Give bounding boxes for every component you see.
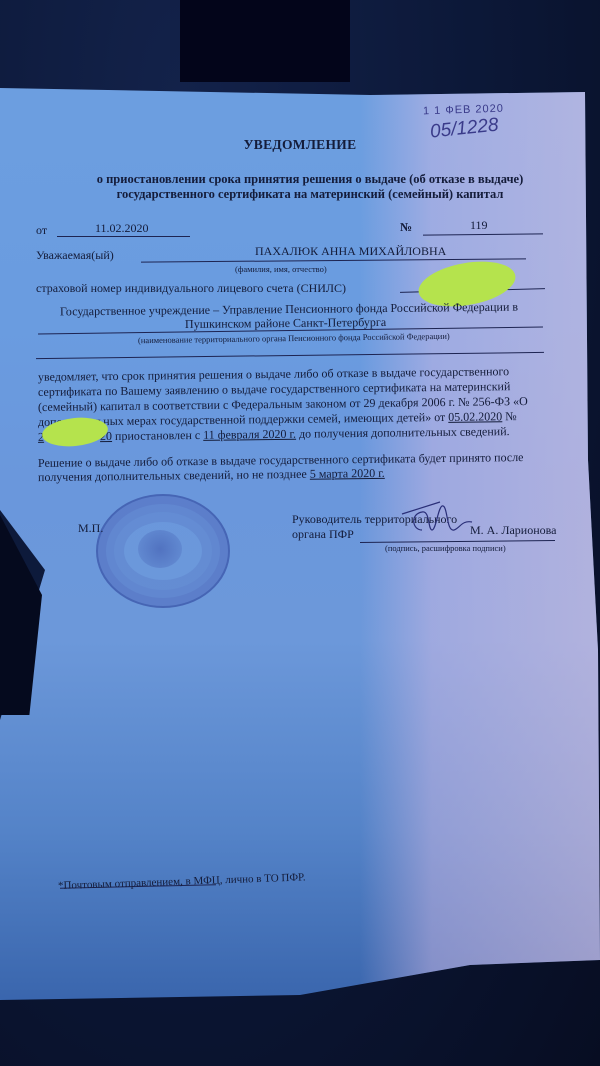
suspension-date: 11 февраля 2020 г. — [203, 427, 296, 442]
date-label: от — [36, 223, 47, 238]
body-line-5-text: приостановлен с — [112, 428, 203, 443]
date-underline — [57, 236, 190, 237]
date-value: 11.02.2020 — [95, 221, 149, 236]
body-line-5-end: до получения дополнительных сведений. — [296, 424, 510, 441]
number-value: 119 — [470, 218, 488, 233]
snils-label: страховой номер индивидуального лицевого… — [36, 281, 346, 296]
application-date: 05.02.2020 — [448, 409, 502, 424]
seal-label: М.П. — [78, 521, 103, 536]
document-subtitle-line-2: государственного сертификата на материнс… — [30, 187, 590, 202]
document-subtitle-line-1: о приостановлении срока принятия решения… — [30, 172, 590, 187]
coat-of-arms-emblem — [138, 530, 182, 568]
background-object — [180, 0, 350, 82]
signatory-role-line-2: органа ПФР — [292, 527, 354, 542]
decision-line-2-text: получения дополнительных сведений, но не… — [38, 467, 310, 484]
body-line-4-number-sign: № — [502, 409, 517, 423]
handwritten-signature — [400, 500, 490, 536]
number-label: № — [400, 220, 412, 235]
decision-deadline: 5 марта 2020 г. — [310, 466, 385, 481]
document-title: УВЕДОМЛЕНИЕ — [0, 137, 600, 153]
addressee-hint: (фамилия, имя, отчество) — [235, 264, 327, 274]
signature-hint: (подпись, расшифровка подписи) — [385, 543, 506, 553]
addressee-value: ПАХАЛЮК АННА МИХАЙЛОВНА — [255, 244, 446, 259]
addressee-label: Уважаемая(ый) — [36, 248, 114, 263]
